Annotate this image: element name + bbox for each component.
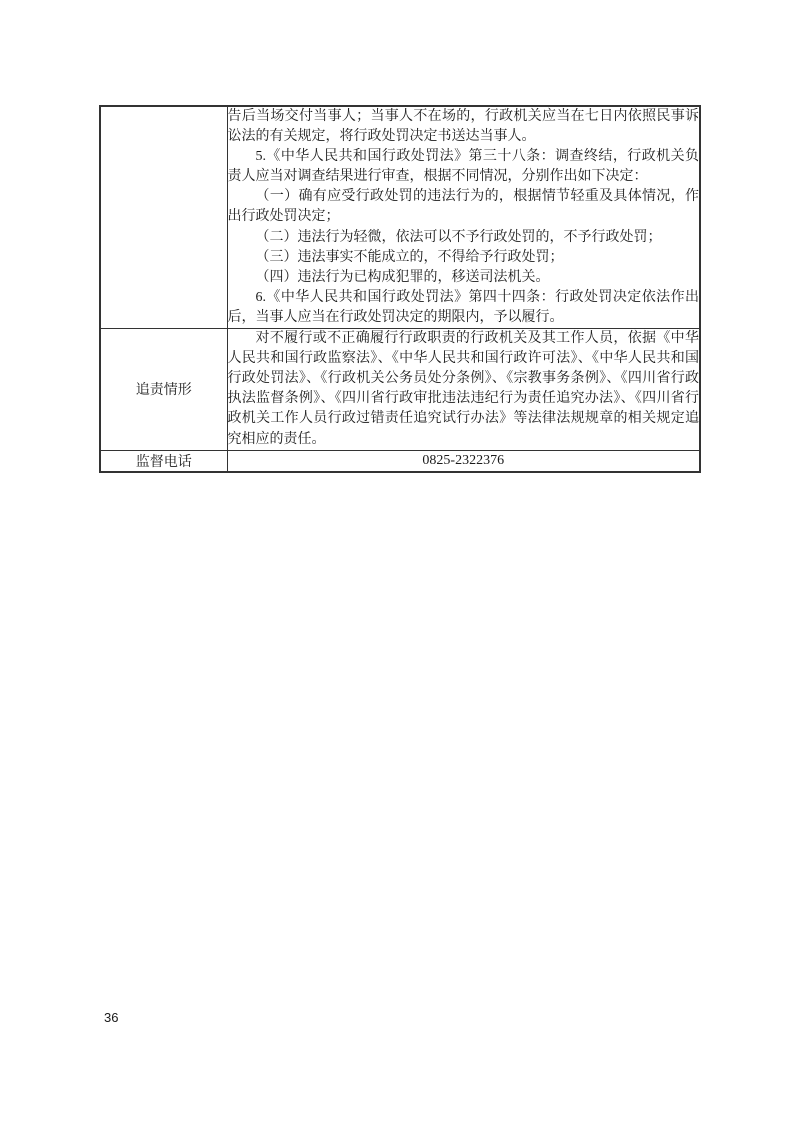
row-label-accountability: 追责情形 (100, 329, 227, 451)
accountability-cell: 对不履行或不正确履行行政职责的行政机关及其工作人员，依据《中华人民共和国行政监察… (227, 329, 700, 451)
row-label-empty (100, 106, 227, 329)
cell-paragraph: 对不履行或不正确履行行政职责的行政机关及其工作人员，依据《中华人民共和国行政监察… (228, 329, 700, 450)
cell-paragraph: （一）确有应受行政处罚的违法行为的，根据情节轻重及具体情况，作出行政处罚决定； (228, 187, 700, 227)
cell-paragraph: 告后当场交付当事人；当事人不在场的，行政机关应当在七日内依照民事诉讼法的有关规定… (228, 107, 700, 147)
cell-paragraph: 6.《中华人民共和国行政处罚法》第四十四条：行政处罚决定依法作出后，当事人应当在… (228, 288, 700, 328)
table-row-accountability: 追责情形 对不履行或不正确履行行政职责的行政机关及其工作人员，依据《中华人民共和… (100, 329, 700, 451)
cell-paragraph: （二）违法行为轻微，依法可以不予行政处罚的，不予行政处罚； (228, 228, 700, 248)
supervision-phone-value: 0825-2322376 (227, 450, 700, 472)
cell-paragraph: （三）违法事实不能成立的，不得给予行政处罚； (228, 248, 700, 268)
accountability-table: 告后当场交付当事人；当事人不在场的，行政机关应当在七日内依照民事诉讼法的有关规定… (99, 105, 701, 473)
table-row-penalty-decision: 告后当场交付当事人；当事人不在场的，行政机关应当在七日内依照民事诉讼法的有关规定… (100, 106, 700, 329)
table-row-supervision-phone: 监督电话 0825-2322376 (100, 450, 700, 472)
cell-paragraph: （四）违法行为已构成犯罪的，移送司法机关。 (228, 268, 700, 288)
row-label-supervision-phone: 监督电话 (100, 450, 227, 472)
document-page: 告后当场交付当事人；当事人不在场的，行政机关应当在七日内依照民事诉讼法的有关规定… (0, 0, 793, 1122)
page-number: 36 (104, 1010, 118, 1025)
penalty-decision-cell: 告后当场交付当事人；当事人不在场的，行政机关应当在七日内依照民事诉讼法的有关规定… (227, 106, 700, 329)
cell-paragraph: 5.《中华人民共和国行政处罚法》第三十八条：调查终结，行政机关负责人应当对调查结… (228, 147, 700, 187)
